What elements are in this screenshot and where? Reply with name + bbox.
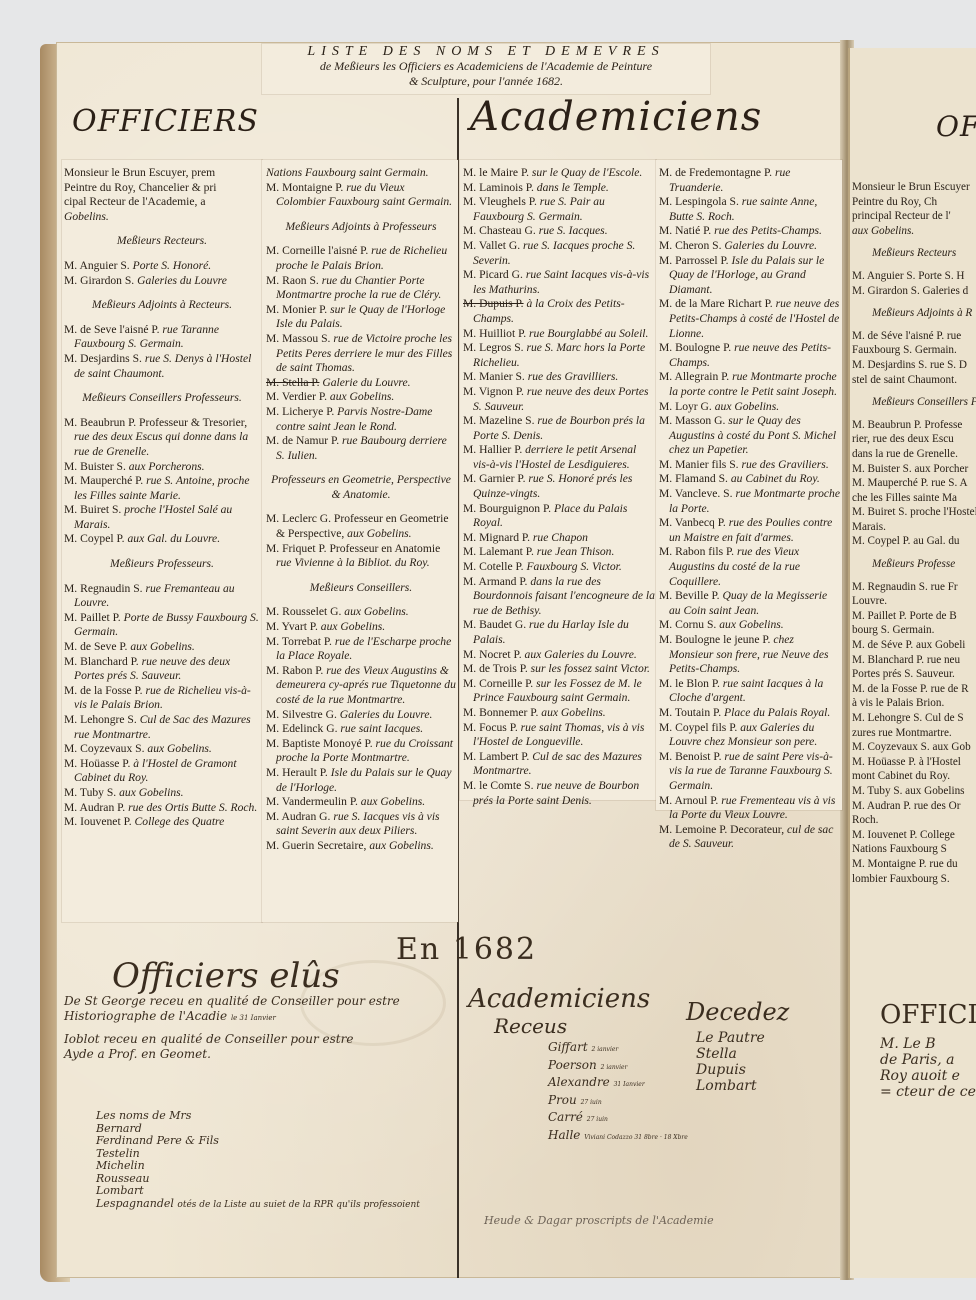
- list-item: M. Picard G. rue Saint Iacques vis-à-vis…: [463, 268, 655, 297]
- list-item: Carré 27 iuin: [548, 1110, 688, 1128]
- list-item: M. Masson G. sur le Quay des Augustins à…: [659, 414, 841, 458]
- list-item: M. Focus P. rue saint Thomas, vis à vis …: [463, 721, 655, 750]
- list-item: Monsieur le Brun Escuyer, prem: [64, 166, 260, 181]
- list-item: M. Vignon P. rue neuve des deux Portes S…: [463, 385, 655, 414]
- list-item: M. Garnier P. rue S. Honoré prés les Qui…: [463, 472, 655, 501]
- list-item: aux Gobelins.: [852, 224, 976, 239]
- section-heading: Meßieurs Recteurs: [872, 246, 976, 261]
- list-item: M. Audran P. rue des Or: [852, 799, 976, 814]
- list-item: M. Anguier S. Porte S. H: [852, 269, 976, 284]
- year-heading: En 1682: [396, 932, 537, 967]
- section-heading: Meßieurs Adjoints à Recteurs.: [64, 298, 260, 313]
- list-item: che les Filles sainte Ma: [852, 491, 976, 506]
- list-item: M. Mazeline S. rue de Bourbon prés la Po…: [463, 414, 655, 443]
- list-item: M. Montaigne P. rue du: [852, 857, 976, 872]
- list-item: M. Iouvenet P. College: [852, 828, 976, 843]
- list-item: M. le Maire P. sur le Quay de l'Escole.: [463, 166, 655, 181]
- list-item: M. Flamand S. au Cabinet du Roy.: [659, 472, 841, 487]
- section-heading: Meßieurs Adjoints à R: [872, 306, 976, 321]
- list-item: M. Baudet G. rue du Harlay Isle du Palai…: [463, 618, 655, 647]
- decedez-list: Le Pautre Stella Dupuis Lombart: [696, 1030, 765, 1094]
- list-item: mont Cabinet du Roy.: [852, 769, 976, 784]
- list-item: M. Rousselet G. aux Gobelins.: [266, 605, 456, 620]
- list-item: Rousseau: [96, 1173, 420, 1186]
- list-item: Lespagnandel otés de la Liste au suiet d…: [96, 1198, 420, 1212]
- section-heading: Meßieurs Conseillers Pr: [872, 395, 976, 410]
- list-item: M. Friquet P. Professeur en Anatomie rue…: [266, 542, 456, 571]
- header-line-3: & Sculpture, pour l'année 1682.: [262, 74, 710, 89]
- column-3: M. le Maire P. sur le Quay de l'Escole. …: [463, 166, 655, 808]
- list-item: M. Leclerc G. Professeur en Geometrie & …: [266, 512, 456, 541]
- list-item: M. Le B: [880, 1036, 976, 1052]
- list-item: M. Laminois P. dans le Temple.: [463, 181, 655, 196]
- officiers-title: OFFICIERS: [72, 104, 259, 139]
- decedez-title: Decedez: [686, 998, 789, 1026]
- list-item: M. Chasteau G. rue S. Iacques.: [463, 224, 655, 239]
- list-item: lombier Fauxbourg S.: [852, 872, 976, 887]
- officiers-elus-title: Officiers elûs: [112, 956, 340, 996]
- list-item: Prou 27 iuin: [548, 1093, 688, 1111]
- list-item: Peintre du Roy, Chancelier & pri: [64, 181, 260, 196]
- list-item: M. Blanchard P. rue neuve des deux Porte…: [64, 655, 260, 684]
- list-item: Fauxbourg S. Germain.: [852, 343, 976, 358]
- list-item: zures rue Montmartre.: [852, 726, 976, 741]
- list-item: M. Audran G. rue S. Iacques vis à vis sa…: [266, 810, 456, 839]
- list-item: de Paris, a: [880, 1052, 976, 1068]
- list-item: M. de Seve P. aux Gobelins.: [64, 640, 260, 655]
- list-item: M. Coyzevaux S. aux Gob: [852, 740, 976, 755]
- list-item: M. Herault P. Isle du Palais sur le Quay…: [266, 766, 456, 795]
- list-item: M. Toutain P. Place du Palais Royal.: [659, 706, 841, 721]
- list-item: M. le Comte S. rue neuve de Bourbon prés…: [463, 779, 655, 808]
- list-item: M. Massou S. rue de Victoire proche les …: [266, 332, 456, 376]
- list-item: M. Tuby S. aux Gobelins: [852, 784, 976, 799]
- list-item: M. Boulogne le jeune P. chez Monsieur so…: [659, 633, 841, 677]
- list-item: Louvre.: [852, 594, 976, 609]
- list-item: M. Regnaudin S. rue Fr: [852, 580, 976, 595]
- list-item: Alexandre 31 Ianvier: [548, 1075, 688, 1093]
- list-item: M. Armand P. dans la rue des Bourdonnois…: [463, 575, 655, 619]
- list-item: Marais.: [852, 520, 976, 535]
- list-item: M. Paillet P. Porte de Bussy Fauxbourg S…: [64, 611, 260, 640]
- list-item: Monsieur le Brun Escuyer: [852, 180, 976, 195]
- list-item: M. Buister S. aux Porcher: [852, 462, 976, 477]
- list-item: Peintre du Roy, Ch: [852, 195, 976, 210]
- list-item: M. de la Mare Richart P. rue neuve des P…: [659, 297, 841, 341]
- list-item: M. Lemoine P. Decorateur, cul de sac de …: [659, 823, 841, 852]
- list-item: M. Lespingola S. rue sainte Anne, Butte …: [659, 195, 841, 224]
- list-item: M. de la Fosse P. rue de Richelieu vis-à…: [64, 684, 260, 713]
- list-item: M. Verdier P. aux Gobelins.: [266, 390, 456, 405]
- section-heading: Meßieurs Adjoints à Professeurs: [266, 220, 456, 235]
- right-page-hand-lines: M. Le B de Paris, a Roy auoit e = cteur …: [880, 1036, 976, 1100]
- list-item: M. Tuby S. aux Gobelins.: [64, 786, 260, 801]
- list-item: M. Desjardins S. rue S. Denys à l'Hostel…: [64, 352, 260, 381]
- list-item: M. Mignard P. rue Chapon: [463, 531, 655, 546]
- list-item: M. Vandermeulin P. aux Gobelins.: [266, 795, 456, 810]
- list-item: Roy auoit e: [880, 1068, 976, 1084]
- list-item: M. Arnoul P. rue Frementeau vis à vis la…: [659, 794, 841, 823]
- section-heading: Professeurs en Geometrie, Perspective & …: [266, 473, 456, 502]
- list-item: M. Legros S. rue S. Marc hors la Porte R…: [463, 341, 655, 370]
- list-item: Roch.: [852, 813, 976, 828]
- list-item: M. Iouvenet P. College des Quatre: [64, 815, 260, 830]
- receus-title: Receus: [494, 1014, 567, 1038]
- list-item: Poerson 2 ianvier: [548, 1058, 688, 1076]
- list-item: M. Edelinck G. rue saint Iacques.: [266, 722, 456, 737]
- list-item: M. Cheron S. Galeries du Louvre.: [659, 239, 841, 254]
- list-item: Giffart 2 ianvier: [548, 1040, 688, 1058]
- academiciens-title: Academiciens: [470, 94, 762, 140]
- list-item: M. Natié P. rue des Petits-Champs.: [659, 224, 841, 239]
- list-item: M. Buiret S. proche l'Hostel: [852, 505, 976, 520]
- list-item: stel de saint Chaumont.: [852, 373, 976, 388]
- list-item: M. Monier P. sur le Quay de l'Horloge Is…: [266, 303, 456, 332]
- list-item: M. Desjardins S. rue S. D: [852, 358, 976, 373]
- list-item: M. Lehongre S. Cul de S: [852, 711, 976, 726]
- list-item: M. Rabon P. rue des Vieux Augustins & de…: [266, 664, 456, 708]
- list-item: M. de Trois P. sur les fossez saint Vict…: [463, 662, 655, 677]
- list-item: M. Regnaudin S. rue Fremanteau au Louvre…: [64, 582, 260, 611]
- list-item: Portes prés S. Sauveur.: [852, 667, 976, 682]
- list-item-struck: M. Stella P. Galerie du Louvre.: [266, 376, 456, 391]
- list-item: M. Boulogne P. rue neuve des Petits-Cham…: [659, 341, 841, 370]
- list-item: M. Mauperché P. rue S. A: [852, 476, 976, 491]
- column-1: Monsieur le Brun Escuyer, prem Peintre d…: [64, 166, 260, 830]
- list-item: M. Bourguignon P. Place du Palais Royal.: [463, 502, 655, 531]
- elus-entry-2: Ioblot receu en qualité de Conseiller po…: [64, 1032, 364, 1062]
- list-item: M. Hallier P. derriere le petit Arsenal …: [463, 443, 655, 472]
- right-page-title: OFF: [936, 110, 976, 143]
- column-4: M. de Fredemontagne P. rue Truanderie. M…: [659, 166, 841, 852]
- list-item-struck: M. Dupuis P. à la Croix des Petits-Champ…: [463, 297, 655, 326]
- list-item: M. Yvart P. aux Gobelins.: [266, 620, 456, 635]
- list-item: cipal Recteur de l'Academie, a: [64, 195, 260, 210]
- list-item: M. Beaubrun P. Professe: [852, 418, 976, 433]
- list-item: M. Manier S. rue des Gravilliers.: [463, 370, 655, 385]
- list-item: M. Licherye P. Parvis Nostre-Dame contre…: [266, 405, 456, 434]
- list-item: principal Recteur de l': [852, 209, 976, 224]
- elus-entry-1: De St George receu en qualité de Conseil…: [64, 994, 456, 1026]
- section-heading: Meßieurs Conseillers Professeurs.: [64, 391, 260, 406]
- list-item: M. Coypel P. aux Gal. du Louvre.: [64, 532, 260, 547]
- list-item: dans la rue de Grenelle.: [852, 447, 976, 462]
- removed-names-list: Les noms de Mrs Bernard Ferdinand Pere &…: [96, 1110, 420, 1211]
- list-item: M. Corneille P. sur les Fossez de M. le …: [463, 677, 655, 706]
- list-item: M. Huilliot P. rue Bourglabbé au Soleil.: [463, 327, 655, 342]
- list-item: M. Silvestre G. Galeries du Louvre.: [266, 708, 456, 723]
- list-item: M. Beaubrun P. Professeur & Tresorier, r…: [64, 416, 260, 460]
- list-item: M. Baptiste Monoyé P. rue du Croissant p…: [266, 737, 456, 766]
- list-item: M. de Fredemontagne P. rue Truanderie.: [659, 166, 841, 195]
- list-item: M. Montaigne P. rue du Vieux Colombier F…: [266, 181, 456, 210]
- list-item: M. Corneille l'aisné P. rue de Richelieu…: [266, 244, 456, 273]
- header-line-2: de Meßieurs les Officiers es Academicien…: [262, 59, 710, 74]
- list-item: M. Cornu S. aux Gobelins.: [659, 618, 841, 633]
- list-item: M. Paillet P. Porte de B: [852, 609, 976, 624]
- list-item: M. de Seve l'aisné P. rue Taranne Fauxbo…: [64, 323, 260, 352]
- list-item: rier, rue des deux Escu: [852, 432, 976, 447]
- list-item: M. Lambert P. Cul de sac des Mazures Mon…: [463, 750, 655, 779]
- list-item: M. Coypel fils P. aux Galeries du Louvre…: [659, 721, 841, 750]
- list-item: M. Girardon S. Galeries du Louvre: [64, 274, 260, 289]
- list-item: M. Torrebat P. rue de l'Escharpe proche …: [266, 635, 456, 664]
- section-heading: Meßieurs Professe: [872, 557, 976, 572]
- list-item: M. Buiret S. proche l'Hostel Salé au Mar…: [64, 503, 260, 532]
- list-item: M. Coypel P. au Gal. du: [852, 534, 976, 549]
- section-heading: Meßieurs Recteurs.: [64, 234, 260, 249]
- list-item: M. Parrossel P. Isle du Palais sur le Qu…: [659, 254, 841, 298]
- list-item: M. Vancleve. S. rue Montmarte proche la …: [659, 487, 841, 516]
- list-item: Dupuis: [696, 1062, 765, 1078]
- list-item: M. le Blon P. rue saint Iacques à la Clo…: [659, 677, 841, 706]
- list-item: M. Audran P. rue des Ortis Butte S. Roch…: [64, 801, 260, 816]
- list-heading: Les noms de Mrs: [96, 1110, 420, 1123]
- list-item: Lombart: [696, 1078, 765, 1094]
- list-item: M. Manier fils S. rue des Graviliers.: [659, 458, 841, 473]
- list-item: M. Coyzevaux S. aux Gobelins.: [64, 742, 260, 757]
- list-item: Stella: [696, 1046, 765, 1062]
- list-item: M. Lalemant P. rue Jean Thison.: [463, 545, 655, 560]
- list-item: à vis le Palais Brion.: [852, 696, 976, 711]
- list-item: M. Guerin Secretaire, aux Gobelins.: [266, 839, 456, 854]
- section-heading: Meßieurs Conseillers.: [266, 581, 456, 596]
- list-item: M. de la Fosse P. rue de R: [852, 682, 976, 697]
- list-item: Le Pautre: [696, 1030, 765, 1046]
- list-item: M. Rabon fils P. rue des Vieux Augustins…: [659, 545, 841, 589]
- proscrits-note: Heude & Dagar proscripts de l'Academie: [484, 1214, 714, 1227]
- list-item: M. Bonnemer P. aux Gobelins.: [463, 706, 655, 721]
- list-item: M. Nocret P. aux Galeries du Louvre.: [463, 648, 655, 663]
- list-item: M. Girardon S. Galeries d: [852, 284, 976, 299]
- list-item: M. Vleughels P. rue S. Pair au Fauxbourg…: [463, 195, 655, 224]
- list-item: M. Allegrain P. rue Montmarte proche la …: [659, 370, 841, 399]
- column-2: Nations Fauxbourg saint Germain. M. Mont…: [266, 166, 456, 854]
- list-item: M. Vallet G. rue S. Iacques proche S. Se…: [463, 239, 655, 268]
- section-heading: Meßieurs Professeurs.: [64, 557, 260, 572]
- list-item: M. de Séve P. aux Gobeli: [852, 638, 976, 653]
- list-item: M. de Namur P. rue Baubourg derriere S. …: [266, 434, 456, 463]
- list-item: M. Mauperché P. rue S. Antoine, proche l…: [64, 474, 260, 503]
- list-item: = cteur de ce: [880, 1084, 976, 1100]
- list-item: M. Benoist P. rue de saint Pere vis-à-vi…: [659, 750, 841, 794]
- list-item: M. Cotelle P. Fauxbourg S. Victor.: [463, 560, 655, 575]
- academiciens-receus-title: Academiciens: [468, 984, 650, 1014]
- list-item: M. Hoüasse P. à l'Hostel: [852, 755, 976, 770]
- list-item: M. Raon S. rue du Chantier Porte Montmar…: [266, 274, 456, 303]
- list-item: bourg S. Germain.: [852, 623, 976, 638]
- printed-header: LISTE DES NOMS ET DEMEVRES de Meßieurs l…: [262, 44, 710, 94]
- list-item: M. Vanbecq P. rue des Poulies contre un …: [659, 516, 841, 545]
- receus-list: Giffart 2 ianvier Poerson 2 ianvier Alex…: [548, 1040, 688, 1145]
- list-item: M. Hoüasse P. à l'Hostel de Gramont Cabi…: [64, 757, 260, 786]
- list-item: M. Loyr G. aux Gobelins.: [659, 400, 841, 415]
- list-item: M. Lehongre S. Cul de Sac des Mazures ru…: [64, 713, 260, 742]
- list-item: Michelin: [96, 1160, 420, 1173]
- list-item: Nations Fauxbourg saint Germain.: [266, 166, 456, 181]
- list-item: Nations Fauxbourg S: [852, 842, 976, 857]
- header-line-1: LISTE DES NOMS ET DEMEVRES: [262, 44, 710, 59]
- list-item: M. de Séve l'aisné P. rue: [852, 329, 976, 344]
- list-item: M. Blanchard P. rue neu: [852, 653, 976, 668]
- right-page-hand-title: OFFICI: [880, 1000, 976, 1030]
- list-item: Gobelins.: [64, 210, 260, 225]
- list-item: Ferdinand Pere & Fils: [96, 1135, 420, 1148]
- list-item: Halle Viviani Codazzo 31 8bre · 18 Xbre: [548, 1128, 688, 1146]
- list-item: M. Buister S. aux Porcherons.: [64, 460, 260, 475]
- right-page-column: Monsieur le Brun Escuyer Peintre du Roy,…: [852, 180, 976, 886]
- list-item: M. Beville P. Quay de la Megisserie au C…: [659, 589, 841, 618]
- list-item: M. Anguier S. Porte S. Honoré.: [64, 259, 260, 274]
